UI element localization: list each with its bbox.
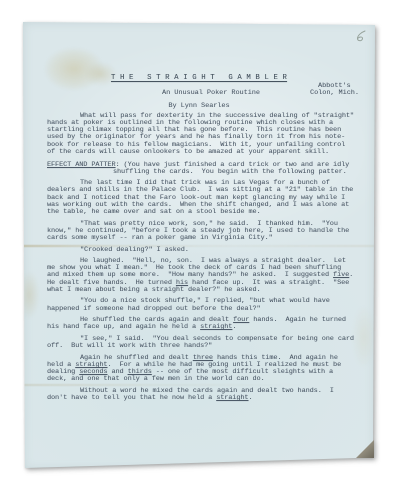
publisher-location: Colon, Mich. (310, 90, 359, 97)
paragraph: "You do a nice stock shuffle," I replied… (47, 298, 355, 312)
scan-background: T H E S T R A I G H T G A M B L E R An U… (0, 0, 400, 500)
paper-stain (19, 272, 39, 318)
paragraph: He shuffled the cards again and dealt fo… (47, 317, 355, 331)
pencil-mark (352, 29, 368, 44)
paper-stain (45, 48, 103, 90)
paragraph: He laughed. "Hell, no, son. I was always… (47, 258, 355, 294)
paragraph: "Crooked dealing?" I asked. (47, 247, 355, 254)
paragraph: What will pass for dexterity in the succ… (47, 113, 355, 156)
paragraph: Without a word he mixed the cards again … (47, 388, 355, 402)
byline: By Lynn Searles (23, 102, 375, 110)
paragraph: "I see," I said. "You deal seconds to co… (47, 336, 355, 350)
document-page: T H E S T R A I G H T G A M B L E R An U… (23, 22, 375, 470)
document-title: T H E S T R A I G H T G A M B L E R (23, 74, 375, 82)
paragraph: Again he shuffled and dealt three hands … (47, 355, 355, 384)
paragraph: The last time I did that trick was in La… (47, 180, 355, 216)
page-wrap: T H E S T R A I G H T G A M B L E R An U… (23, 22, 375, 470)
paragraph: "That was pretty nice work, son," he sai… (47, 221, 355, 242)
document-body: What will pass for dexterity in the succ… (47, 113, 355, 407)
effect-and-patter-paragraph: EFFECT AND PATTER: (You have just finish… (47, 162, 355, 176)
publisher-block: Abbott's Colon, Mich. (310, 83, 359, 97)
